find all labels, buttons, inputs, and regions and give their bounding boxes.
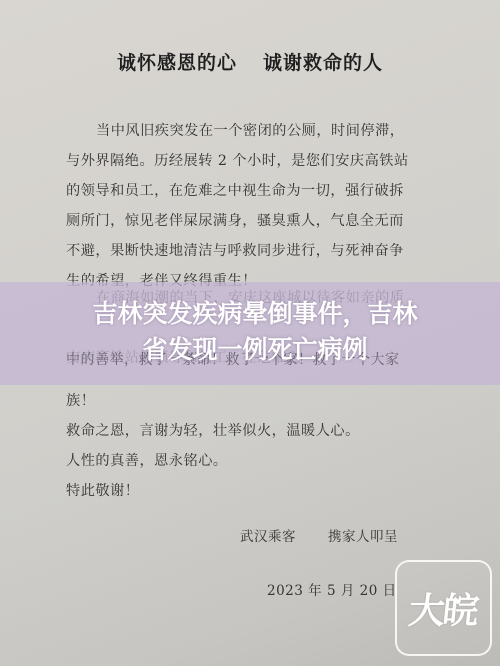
headline-line-1: 吉林突发疾病晕倒事件，吉林 [55, 296, 455, 332]
text-line: 当中风旧疾突发在一个密闭的公厕，时间停滞， [66, 116, 438, 146]
letter-date: 2023 年 5 月 20 日 [267, 579, 397, 599]
text-line: 人性的真善，恩永铭心。 [66, 446, 438, 476]
headline-line-2: 省发现一例死亡病例 [55, 332, 455, 368]
signature-left: 武汉乘客 [240, 529, 296, 545]
dawan-logo-icon: 大皖 [395, 560, 492, 656]
letter-title: 诚怀感恩的心诚谢救命的人 [0, 48, 500, 75]
text-line: 特此敬谢！ [66, 476, 438, 506]
watermark-text: 大皖 [407, 583, 480, 634]
text-line: 救命之恩，言谢为轻，壮举似火，温暖人心。 [66, 416, 438, 446]
text-line: 的领导和员工，在危难之中视生命为一切，强行破拆 [66, 176, 438, 206]
signature-right: 携家人叩呈 [328, 529, 398, 545]
text-line: 族！ [66, 386, 438, 416]
signature: 武汉乘客携家人叩呈 [240, 525, 398, 545]
paragraph-3: 族！ 救命之恩，言谢为轻，壮举似火，温暖人心。 人性的真善，恩永铭心。 特此敬谢… [66, 386, 438, 506]
title-right: 诚谢救命的人 [263, 52, 383, 74]
text-line: 不避，果断快速地清洁与呼救同步进行，与死神奋争 [66, 236, 438, 266]
text-line: 厕所门，惊见老伴屎尿满身，骚臭熏人，气息全无而 [66, 206, 438, 236]
text-line: 与外界隔绝。历经展转 2 个小时，是您们安庆高铁站 [66, 146, 438, 176]
paragraph-1: 当中风旧疾突发在一个密闭的公厕，时间停滞， 与外界隔绝。历经展转 2 个小时，是… [66, 116, 438, 296]
headline[interactable]: 吉林突发疾病晕倒事件，吉林 省发现一例死亡病例 [55, 296, 455, 368]
title-left: 诚怀感恩的心 [117, 52, 237, 74]
